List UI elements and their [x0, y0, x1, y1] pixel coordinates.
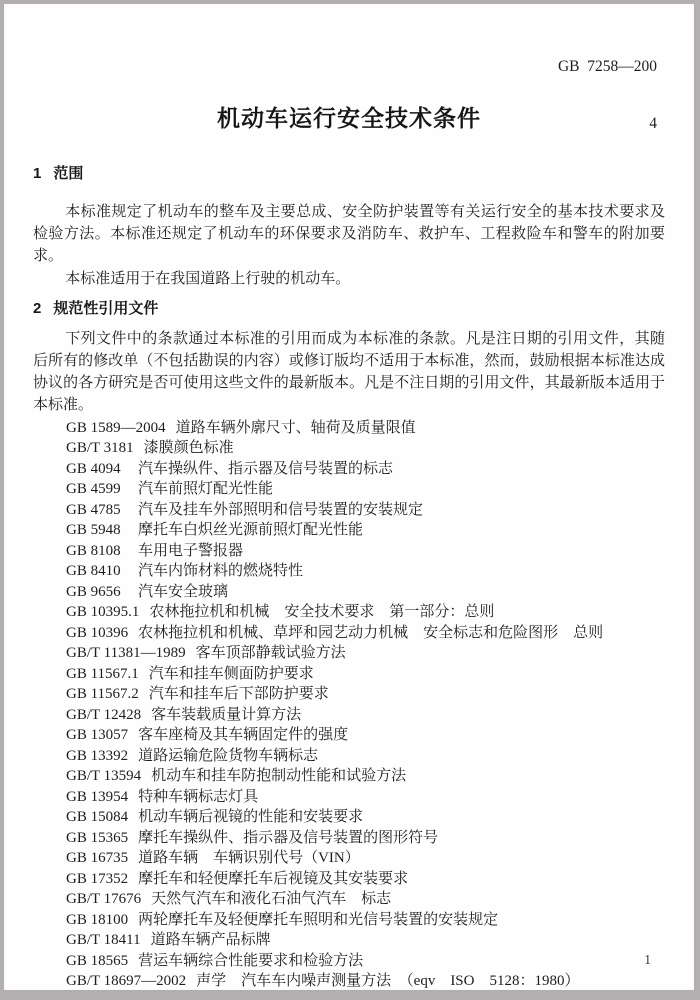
reference-title: 客车座椅及其车辆固定件的强度 [138, 727, 348, 743]
reference-code: GB 8108 [66, 541, 128, 562]
reference-code: GB 4599 [66, 479, 128, 500]
reference-item: GB/T 17676天然气汽车和液化石油气汽车 标志 [66, 889, 665, 910]
reference-title: 天然气汽车和液化石油气汽车 标志 [151, 891, 391, 907]
standard-number-line1: GB 7258—200 [558, 57, 657, 76]
reference-title: 客车顶部静载试验方法 [196, 645, 346, 661]
reference-code: GB 4094 [66, 459, 128, 480]
reference-code: GB 18100 [66, 910, 128, 931]
document-body: 1 范围 本标准规定了机动车的整车及主要总成、安全防护装置等有关运行安全的基本技… [33, 163, 665, 992]
reference-code: GB 1589—2004 [66, 418, 166, 439]
section-1-heading: 1 范围 [33, 163, 665, 185]
reference-title: 摩托车和轻便摩托车后视镜及其安装要求 [138, 871, 408, 887]
reference-code: GB/T 18697—2002 [66, 971, 186, 992]
reference-title: 汽车及挂车外部照明和信号装置的安装规定 [138, 502, 423, 518]
reference-title: 车用电子警报器 [138, 543, 243, 559]
reference-code: GB 18565 [66, 951, 128, 972]
reference-item: GB 10395.1农林拖拉机和机械 安全技术要求 第一部分：总则 [66, 602, 665, 623]
reference-code: GB 13392 [66, 746, 128, 767]
reference-title: 汽车和挂车侧面防护要求 [149, 666, 314, 682]
reference-title: 摩托车操纵件、指示器及信号装置的图形符号 [138, 830, 438, 846]
reference-item: GB/T 18411道路车辆产品标牌 [66, 930, 665, 951]
reference-item: GB 4785汽车及挂车外部照明和信号装置的安装规定 [66, 500, 665, 521]
reference-code: GB 11567.2 [66, 684, 139, 705]
page-number: 1 [644, 952, 651, 968]
document-title: 机动车运行安全技术条件 [4, 100, 694, 133]
section-1-title: 范围 [53, 163, 83, 185]
reference-code: GB/T 17676 [66, 889, 141, 910]
reference-code: GB/T 18411 [66, 930, 141, 951]
reference-code: GB 13954 [66, 787, 128, 808]
reference-code: GB 9656 [66, 582, 128, 603]
reference-code: GB/T 3181 [66, 438, 134, 459]
reference-title: 农林拖拉机和机械、草坪和园艺动力机械 安全标志和危险图形 总则 [138, 625, 603, 641]
reference-title: 机动车辆后视镜的性能和安装要求 [138, 809, 363, 825]
reference-title: 道路车辆产品标牌 [151, 932, 271, 948]
reference-code: GB 10395.1 [66, 602, 139, 623]
reference-code: GB 11567.1 [66, 664, 139, 685]
reference-item: GB 1589—2004道路车辆外廓尺寸、轴荷及质量限值 [66, 418, 665, 439]
reference-item: GB 11567.1汽车和挂车侧面防护要求 [66, 664, 665, 685]
reference-item: GB/T 18697—2002声学 汽车车内噪声测量方法 （eqv ISO 51… [66, 971, 665, 992]
reference-title: 营运车辆综合性能要求和检验方法 [138, 953, 363, 969]
section-1-number: 1 [33, 163, 41, 185]
reference-title: 机动车和挂车防抱制动性能和试验方法 [151, 768, 406, 784]
reference-title: 两轮摩托车及轻便摩托车照明和光信号装置的安装规定 [138, 912, 498, 928]
reference-title: 道路车辆外廓尺寸、轴荷及质量限值 [176, 420, 416, 436]
reference-title: 汽车操纵件、指示器及信号装置的标志 [138, 461, 393, 477]
reference-code: GB 5948 [66, 520, 128, 541]
reference-item: GB 18565营运车辆综合性能要求和检验方法 [66, 951, 665, 972]
reference-title: 客车装载质量计算方法 [151, 707, 301, 723]
reference-item: GB 15084机动车辆后视镜的性能和安装要求 [66, 807, 665, 828]
reference-list: GB 1589—2004道路车辆外廓尺寸、轴荷及质量限值 GB/T 3181漆膜… [33, 418, 665, 992]
section-2-paragraph-1: 下列文件中的条款通过本标准的引用而成为本标准的条款。凡是注日期的引用文件，其随后… [33, 328, 665, 417]
reference-item: GB 9656汽车安全玻璃 [66, 582, 665, 603]
reference-item: GB/T 13594机动车和挂车防抱制动性能和试验方法 [66, 766, 665, 787]
reference-item: GB 15365摩托车操纵件、指示器及信号装置的图形符号 [66, 828, 665, 849]
reference-title: 汽车和挂车后下部防护要求 [149, 686, 329, 702]
reference-item: GB 13392道路运输危险货物车辆标志 [66, 746, 665, 767]
reference-item: GB/T 3181漆膜颜色标准 [66, 438, 665, 459]
reference-code: GB/T 12428 [66, 705, 141, 726]
reference-item: GB 4094汽车操纵件、指示器及信号装置的标志 [66, 459, 665, 480]
reference-item: GB/T 12428客车装载质量计算方法 [66, 705, 665, 726]
reference-code: GB 4785 [66, 500, 128, 521]
reference-item: GB 18100两轮摩托车及轻便摩托车照明和光信号装置的安装规定 [66, 910, 665, 931]
reference-code: GB 8410 [66, 561, 128, 582]
document-page: GB 7258—200 4 机动车运行安全技术条件 1 范围 本标准规定了机动车… [4, 4, 694, 990]
reference-item: GB 13954特种车辆标志灯具 [66, 787, 665, 808]
reference-code: GB 10396 [66, 623, 128, 644]
reference-title: 汽车内饰材料的燃烧特性 [138, 563, 303, 579]
reference-code: GB/T 11381—1989 [66, 643, 186, 664]
reference-title: 汽车安全玻璃 [138, 584, 228, 600]
reference-code: GB 15084 [66, 807, 128, 828]
section-2-number: 2 [33, 298, 41, 320]
reference-title: 汽车前照灯配光性能 [138, 481, 273, 497]
reference-title: 特种车辆标志灯具 [138, 789, 258, 805]
reference-item: GB 8410汽车内饰材料的燃烧特性 [66, 561, 665, 582]
scanned-document-page: { "colors": { "page_border": "#b3afb0", … [0, 0, 700, 1000]
reference-title: 声学 汽车车内噪声测量方法 （eqv ISO 5128：1980） [196, 973, 579, 989]
reference-item: GB/T 11381—1989客车顶部静载试验方法 [66, 643, 665, 664]
reference-title: 漆膜颜色标准 [144, 440, 234, 456]
reference-title: 道路车辆 车辆识别代号（VIN） [138, 850, 360, 866]
reference-item: GB 13057客车座椅及其车辆固定件的强度 [66, 725, 665, 746]
reference-item: GB 10396农林拖拉机和机械、草坪和园艺动力机械 安全标志和危险图形 总则 [66, 623, 665, 644]
reference-item: GB 17352摩托车和轻便摩托车后视镜及其安装要求 [66, 869, 665, 890]
reference-title: 摩托车白炽丝光源前照灯配光性能 [138, 522, 363, 538]
section-1-paragraph-1: 本标准规定了机动车的整车及主要总成、安全防护装置等有关运行安全的基本技术要求及检… [33, 201, 665, 268]
section-1-paragraph-2: 本标准适用于在我国道路上行驶的机动车。 [33, 268, 665, 290]
reference-code: GB 15365 [66, 828, 128, 849]
reference-item: GB 5948摩托车白炽丝光源前照灯配光性能 [66, 520, 665, 541]
reference-code: GB/T 13594 [66, 766, 141, 787]
reference-item: GB 8108车用电子警报器 [66, 541, 665, 562]
document-header: GB 7258—200 4 [558, 19, 657, 171]
reference-code: GB 16735 [66, 848, 128, 869]
reference-title: 道路运输危险货物车辆标志 [138, 748, 318, 764]
section-2-heading: 2 规范性引用文件 [33, 298, 665, 320]
reference-code: GB 13057 [66, 725, 128, 746]
reference-item: GB 4599汽车前照灯配光性能 [66, 479, 665, 500]
reference-code: GB 17352 [66, 869, 128, 890]
reference-item: GB 11567.2汽车和挂车后下部防护要求 [66, 684, 665, 705]
reference-title: 农林拖拉机和机械 安全技术要求 第一部分：总则 [149, 604, 494, 620]
section-2-title: 规范性引用文件 [53, 298, 158, 320]
reference-item: GB 16735道路车辆 车辆识别代号（VIN） [66, 848, 665, 869]
